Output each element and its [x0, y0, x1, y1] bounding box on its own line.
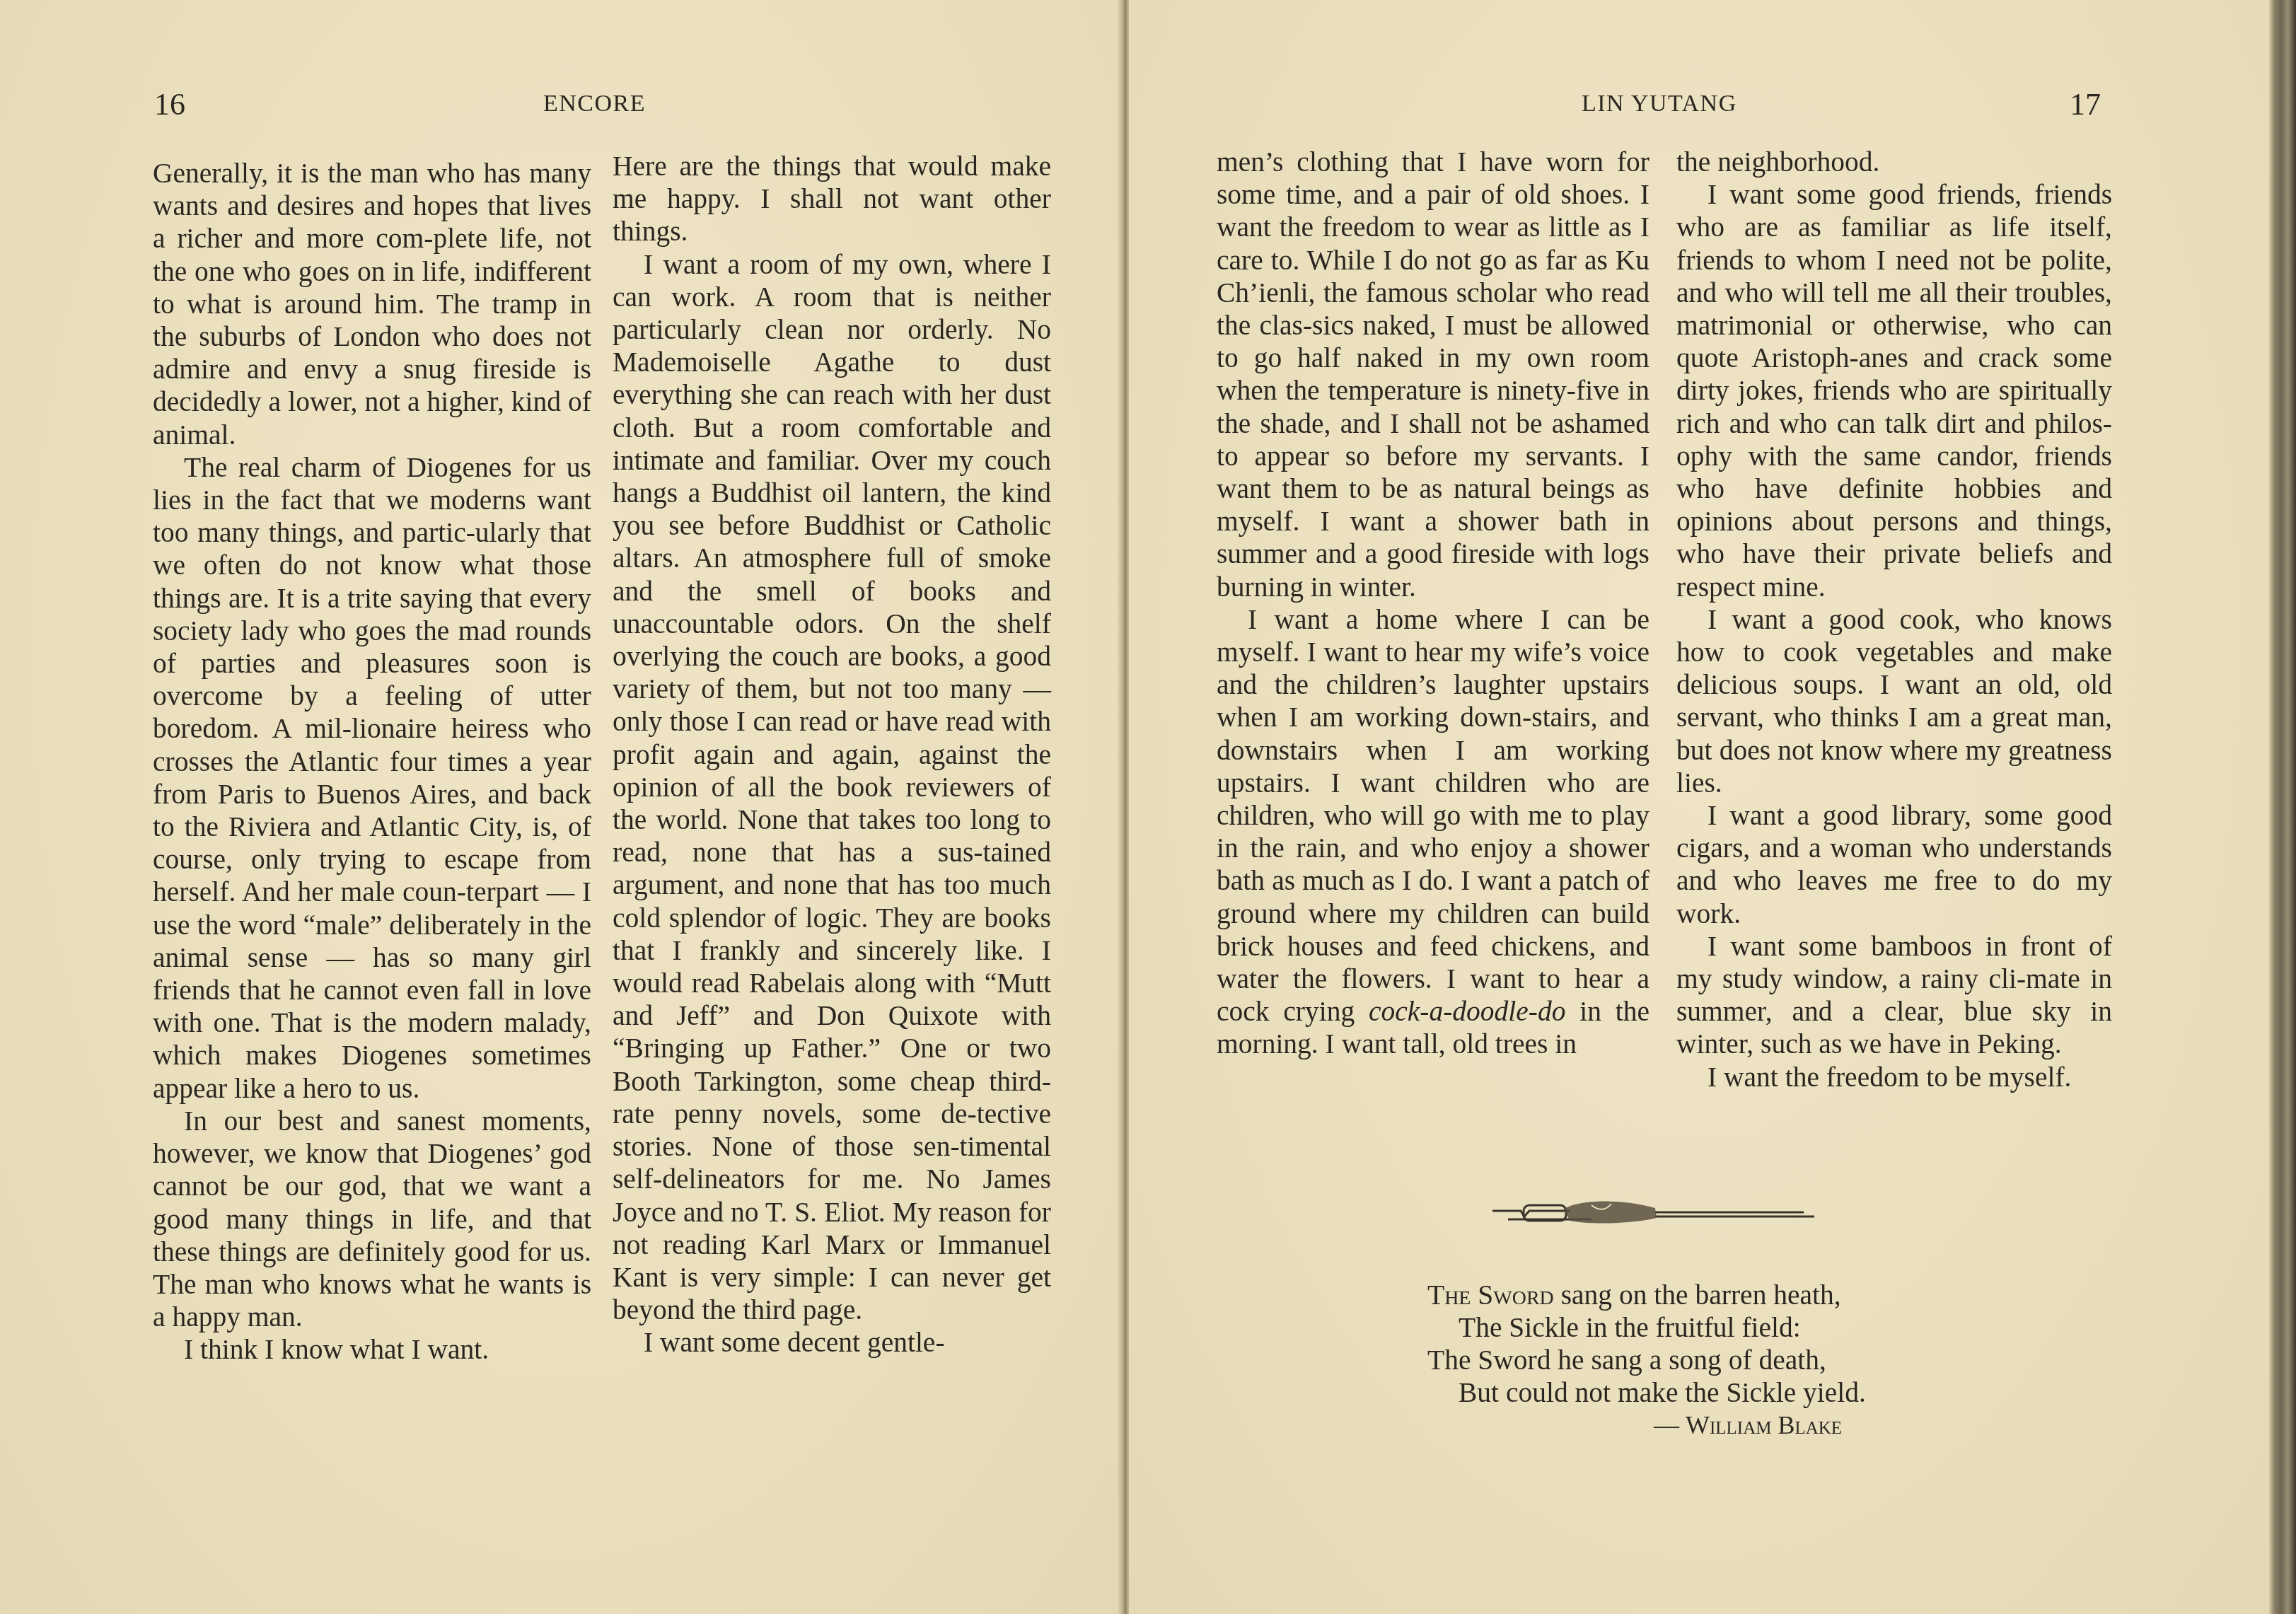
left-page-column-2: Here are the things that would make me h… — [613, 150, 1051, 1359]
paragraph: I want a good cook, who knows how to coo… — [1676, 603, 2112, 799]
text-run: sang on the barren heath, — [1554, 1279, 1841, 1311]
paragraph: Generally, it is the man who has many wa… — [153, 157, 591, 451]
paragraph: In our best and sanest moments, however,… — [153, 1105, 591, 1333]
poem-attribution: — William Blake — [1427, 1409, 1866, 1441]
paragraph: I think I know what I want. — [153, 1333, 591, 1366]
paragraph: I want a home where I can be myself. I w… — [1217, 603, 1649, 1061]
paragraph: men’s clothing that I have worn for some… — [1217, 146, 1649, 603]
paragraph: I want some decent gentle- — [613, 1326, 1051, 1359]
paragraph: Here are the things that would make me h… — [613, 150, 1051, 248]
poem-line: But could not make the Sickle yield. — [1427, 1376, 1866, 1409]
italic-phrase: cock-a-doodle-do — [1369, 996, 1566, 1027]
epigraph-poem: The Sword sang on the barren heath, The … — [1427, 1279, 1866, 1441]
page-number-right: 17 — [2070, 86, 2101, 122]
paragraph: I want a good library, some good cigars,… — [1676, 799, 2112, 930]
text-run: I want a home where I can be myself. I w… — [1217, 604, 1649, 1027]
em-dash: — — [1654, 1411, 1686, 1439]
author-name: William Blake — [1686, 1411, 1842, 1439]
paragraph: The real charm of Diogenes for us lies i… — [153, 451, 591, 1105]
left-page: 16 ENCORE Generally, it is the man who h… — [0, 0, 1125, 1614]
book-spread: 16 ENCORE Generally, it is the man who h… — [0, 0, 2296, 1614]
paragraph: I want the freedom to be myself. — [1676, 1061, 2112, 1093]
right-page-column-2: the neighborhood. I want some good frien… — [1676, 146, 2112, 1093]
book-fore-edge — [2269, 0, 2296, 1614]
paragraph: I want some good friends, friends who ar… — [1676, 178, 2112, 603]
running-head-left: ENCORE — [543, 91, 646, 117]
paragraph: I want some bamboos in front of my study… — [1676, 930, 2112, 1061]
sword-and-sickle-ornament-icon — [1492, 1195, 1832, 1231]
right-page-column-1: men’s clothing that I have worn for some… — [1217, 146, 1649, 1061]
small-caps-lead: The Sword — [1427, 1279, 1554, 1311]
poem-line: The Sickle in the fruitful field: — [1427, 1311, 1866, 1344]
left-page-column-1: Generally, it is the man who has many wa… — [153, 157, 591, 1366]
paragraph: I want a room of my own, where I can wor… — [613, 248, 1051, 1327]
paragraph: the neighborhood. — [1676, 146, 2112, 178]
poem-line: The Sword sang on the barren heath, — [1427, 1279, 1866, 1311]
poem-line: The Sword he sang a song of death, — [1427, 1344, 1866, 1376]
page-number-left: 16 — [154, 86, 185, 122]
running-head-right: LIN YUTANG — [1582, 91, 1737, 117]
